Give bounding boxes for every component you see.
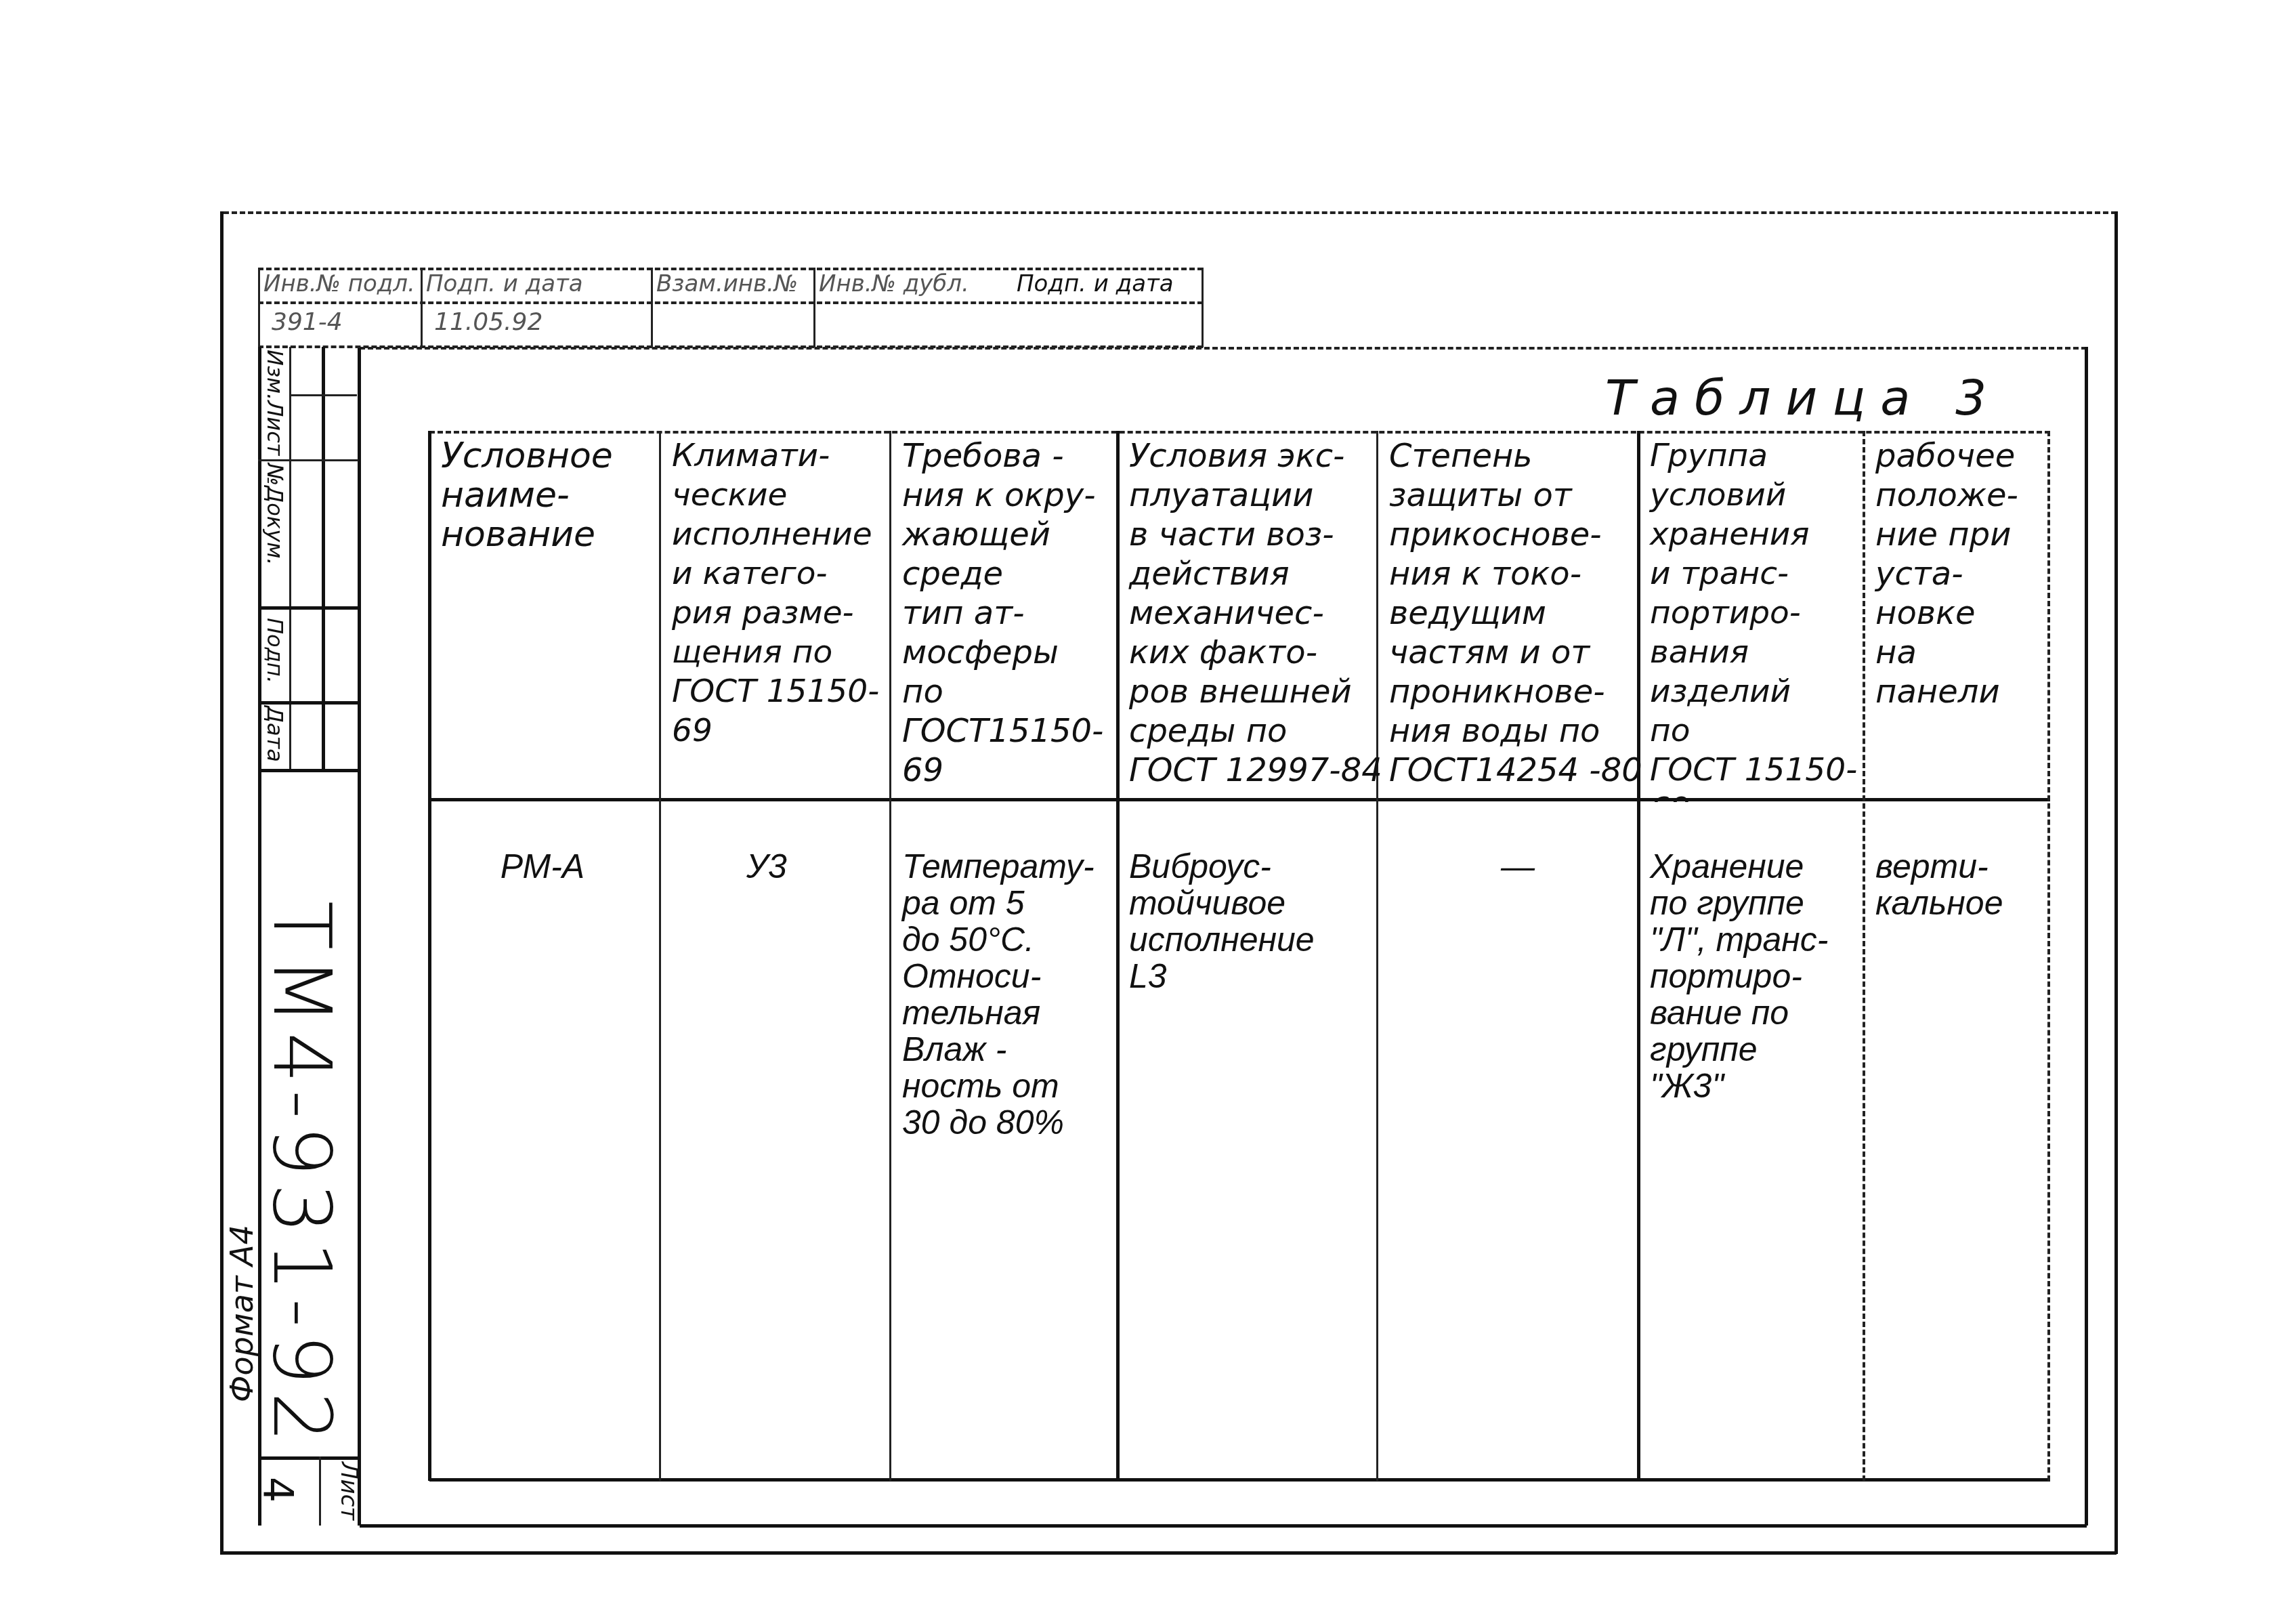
format-label: Формат А4	[224, 1225, 260, 1402]
column-header-mechanical-conditions: Условия экс- плуатации в части воз- дейс…	[1120, 432, 1393, 802]
stamp-label-replace-inv: Взам.инв.№	[656, 270, 798, 297]
stamp-value-inv-orig: 391-4	[272, 308, 343, 336]
cell-climatic-version: У3	[662, 799, 868, 1529]
stamp-block: Инв.№ подл. Подп. и дата Взам.инв.№ Инв.…	[258, 268, 1203, 349]
cell-storage: Хранение по группе "Л", транс- портиро- …	[1640, 799, 1879, 1529]
inner-frame-right	[2085, 347, 2088, 1526]
column-header-climatic-version: Климати- ческие исполнение и катего- рия…	[662, 432, 906, 802]
column-header-protection-degree: Степень защиты от прикоснове- ния к токо…	[1380, 432, 1653, 802]
table-title: Таблица 3	[1605, 369, 2001, 426]
strip-label-date: Дата	[262, 706, 288, 762]
document-code: ТМ4-931-92	[255, 901, 349, 1450]
cell-working-position: верти- кальное	[1866, 799, 2064, 1529]
outer-frame-right	[2114, 211, 2118, 1554]
stamp-label-inv-orig: Инв.№ подл.	[263, 270, 415, 297]
column-header-environment-requirements: Требова - ния к окру- жающей среде тип а…	[893, 432, 1132, 802]
column-header-working-position: рабочее положе- ние при уста- новке на п…	[1866, 432, 2064, 802]
cell-designation: РМ-А	[431, 799, 651, 1529]
strip-label-signature: Подп.	[262, 618, 288, 684]
cell-environment: Температу- ра от 5 до 50°С. Относи- тель…	[893, 799, 1132, 1529]
cell-protection: —	[1380, 799, 1653, 1529]
cell-mechanical: Виброус- тойчивое исполнение L3	[1120, 799, 1393, 1529]
outer-frame-top	[224, 211, 2117, 214]
stamp-label-sign-date-1: Подп. и дата	[426, 270, 583, 297]
strip-label-doc-number: №Докум.	[262, 463, 288, 565]
stamp-label-inv-dup: Инв.№ дубл.	[819, 270, 969, 297]
sheet-label: Лист	[335, 1462, 362, 1520]
strip-label-change-sheet: Изм.Лист	[262, 350, 288, 455]
stamp-label-sign-date-2: Подп. и дата	[1017, 270, 1174, 297]
outer-frame-bottom	[220, 1551, 2117, 1555]
column-header-designation: Условное наиме- нование	[431, 432, 675, 802]
stamp-value-sign-date-1: 11.05.92	[434, 308, 543, 336]
column-header-storage-group: Группа условий хранения и транс- портиро…	[1640, 432, 1879, 802]
sheet-number: 4	[254, 1477, 301, 1503]
